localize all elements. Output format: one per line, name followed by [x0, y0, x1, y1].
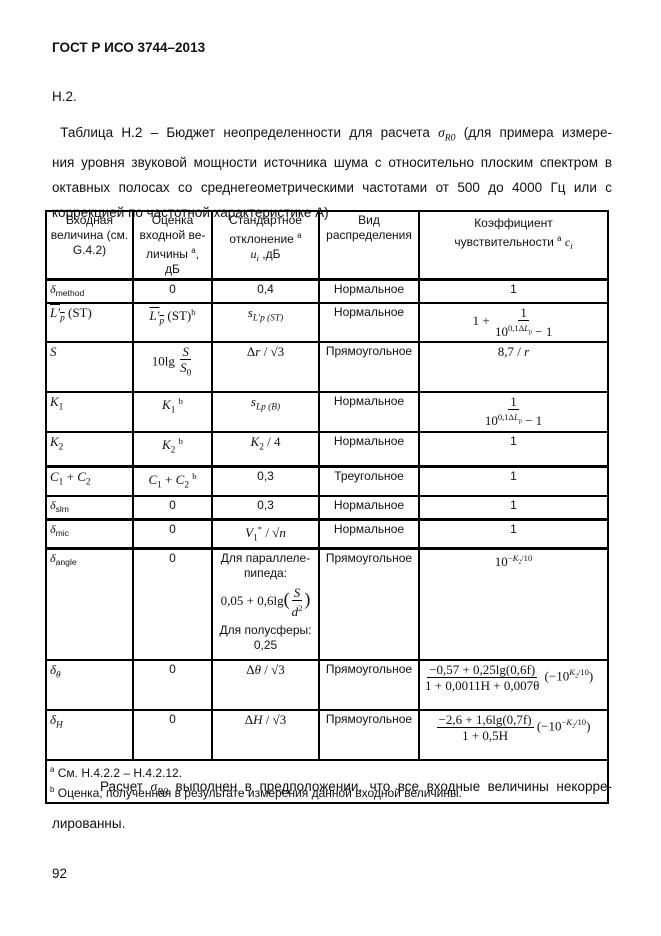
caption-line-1: Таблица Н.2 – Бюджет неопределенности дл…: [52, 120, 612, 150]
table-row: δmethod 0 0,4 Нормальное 1: [46, 279, 608, 303]
cell-coef: 1: [419, 496, 608, 520]
uncertainty-budget-table: Входная величина (см. G.4.2) Оценка вход…: [45, 210, 609, 804]
cell-std: K2 / 4: [212, 432, 319, 467]
cell-std: Δθ / √3: [212, 660, 319, 710]
cell-estimate: 0: [133, 710, 212, 760]
table-row: δH 0 ΔH / √3 Прямоугольное −2,6 + 1,6lg(…: [46, 710, 608, 760]
cell-dist: Нормальное: [319, 303, 419, 342]
cell-dist: Прямоугольное: [319, 549, 419, 660]
table-row: δangle 0 Для параллеле-пипеда: 0,05 + 0,…: [46, 549, 608, 660]
cell-std: sLp (B): [212, 392, 319, 432]
cell-estimate: 0: [133, 496, 212, 520]
cell-dist: Прямоугольное: [319, 342, 419, 392]
document-header: ГОСТ Р ИСО 3744–2013: [52, 40, 205, 55]
cell-input: δmic: [46, 519, 133, 548]
cell-coef: 10−K2/10: [419, 549, 608, 660]
table-row: L′p (ST) L′p (ST)b sL′p (ST) Нормальное …: [46, 303, 608, 342]
cell-estimate: 0: [133, 279, 212, 303]
cell-estimate: 0: [133, 660, 212, 710]
caption-line-2: ния уровня звуковой мощности источника ш…: [52, 150, 612, 175]
cell-input: K1: [46, 392, 133, 432]
cell-std: V1* / √n: [212, 519, 319, 548]
cell-input: δangle: [46, 549, 133, 660]
cell-std: sL′p (ST): [212, 303, 319, 342]
page-number: 92: [52, 866, 67, 881]
cell-coef: 1: [419, 279, 608, 303]
cell-input: δmethod: [46, 279, 133, 303]
cell-coef: 1100,1ΔLp − 1: [419, 392, 608, 432]
cell-coef: 1: [419, 467, 608, 496]
table-row: C1 + C2 C1 + C2 b 0,3 Треугольное 1: [46, 467, 608, 496]
cell-estimate: 0: [133, 549, 212, 660]
cell-input: δslm: [46, 496, 133, 520]
closing-paragraph: Расчет σR0 выполнен в предположении, что…: [52, 774, 612, 837]
cell-estimate: K2 b: [133, 432, 212, 467]
cell-estimate: C1 + C2 b: [133, 467, 212, 496]
cell-coef: 1: [419, 432, 608, 467]
header-std-dev: Стандартное отклонение aui ,дБ: [212, 211, 319, 279]
cell-std: Δr / √3: [212, 342, 319, 392]
cell-estimate: 0: [133, 519, 212, 548]
cell-dist: Прямоугольное: [319, 660, 419, 710]
header-sensitivity: Коэффициент чувствительности a ci: [419, 211, 608, 279]
cell-std: 0,4: [212, 279, 319, 303]
table-row: δθ 0 Δθ / √3 Прямоугольное −0,57 + 0,25l…: [46, 660, 608, 710]
cell-input: L′p (ST): [46, 303, 133, 342]
table-header-row: Входная величина (см. G.4.2) Оценка вход…: [46, 211, 608, 279]
cell-input: δH: [46, 710, 133, 760]
cell-estimate: 10lg SS0: [133, 342, 212, 392]
cell-dist: Нормальное: [319, 519, 419, 548]
cell-dist: Нормальное: [319, 392, 419, 432]
table-row: δslm 0 0,3 Нормальное 1: [46, 496, 608, 520]
table-row: S 10lg SS0 Δr / √3 Прямоугольное 8,7 / r: [46, 342, 608, 392]
table-row: K1 K1 b sLp (B) Нормальное 1100,1ΔLp − 1: [46, 392, 608, 432]
cell-input: K2: [46, 432, 133, 467]
cell-dist: Прямоугольное: [319, 710, 419, 760]
cell-dist: Нормальное: [319, 432, 419, 467]
table-row: δmic 0 V1* / √n Нормальное 1: [46, 519, 608, 548]
cell-std: Для параллеле-пипеда: 0,05 + 0,6lg(Sd2) …: [212, 549, 319, 660]
cell-std: ΔH / √3: [212, 710, 319, 760]
cell-coef: 1: [419, 519, 608, 548]
cell-dist: Нормальное: [319, 496, 419, 520]
cell-input: S: [46, 342, 133, 392]
cell-std: 0,3: [212, 467, 319, 496]
section-number: Н.2.: [52, 89, 77, 104]
header-distribution: Вид распределения: [319, 211, 419, 279]
cell-estimate: K1 b: [133, 392, 212, 432]
cell-estimate: L′p (ST)b: [133, 303, 212, 342]
cell-dist: Треугольное: [319, 467, 419, 496]
header-estimate: Оценка входной ве-личины a, дБ: [133, 211, 212, 279]
cell-std: 0,3: [212, 496, 319, 520]
table-row: K2 K2 b K2 / 4 Нормальное 1: [46, 432, 608, 467]
header-input: Входная величина (см. G.4.2): [46, 211, 133, 279]
cell-coef: −2,6 + 1,6lg(0,7f)1 + 0,5H (−10−K2/10): [419, 710, 608, 760]
cell-coef: 1 + 1100,1ΔLp − 1: [419, 303, 608, 342]
cell-coef: −0,57 + 0,25lg(0,6f)1 + 0,0011H + 0,007θ…: [419, 660, 608, 710]
cell-dist: Нормальное: [319, 279, 419, 303]
caption-line-3: октавных полосах со среднегеометрическим…: [52, 175, 612, 200]
cell-coef: 8,7 / r: [419, 342, 608, 392]
cell-input: δθ: [46, 660, 133, 710]
cell-input: C1 + C2: [46, 467, 133, 496]
